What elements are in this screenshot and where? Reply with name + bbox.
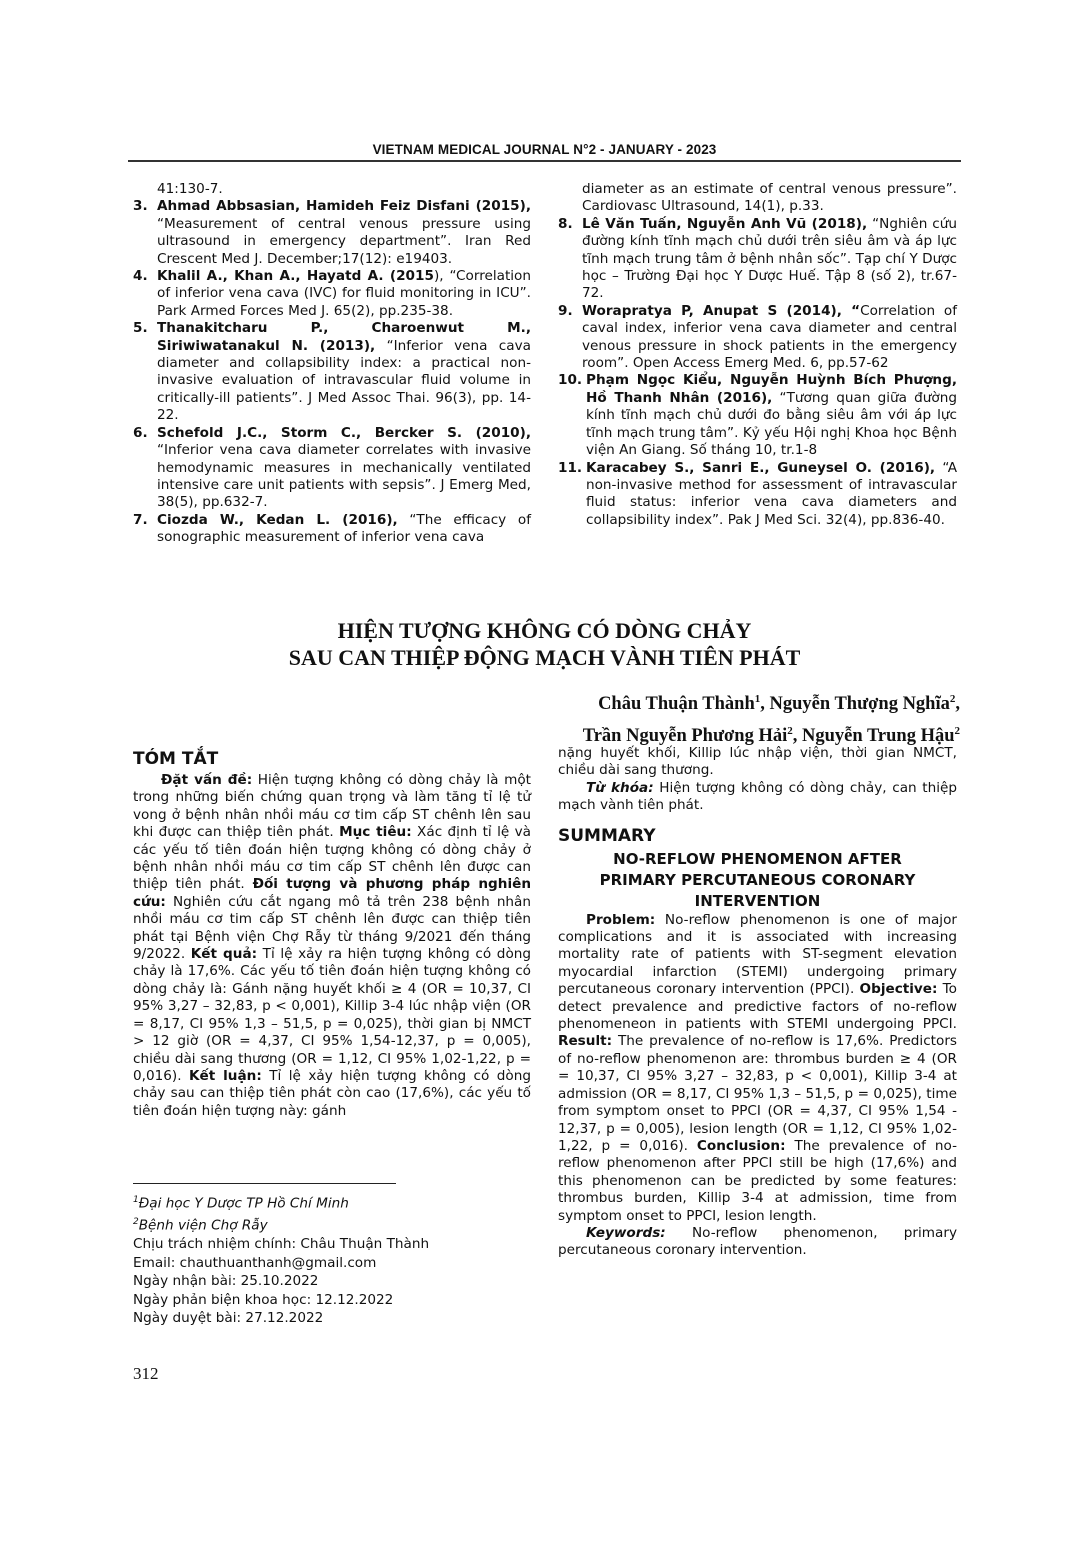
author-name: Châu Thuận Thành <box>598 694 755 714</box>
reference-continuation: diameter as an estimate of central venou… <box>558 181 957 216</box>
date-received: Ngày nhận bài: 25.10.2022 <box>133 1272 429 1291</box>
journal-header: VIETNAM MEDICAL JOURNAL N°2 - JANUARY - … <box>128 142 961 157</box>
abstract-vietnamese: TÓM TẮT Đặt vấn đề: Hiện tượng không có … <box>133 748 531 1120</box>
footnotes: 1Đại học Y Dược TP Hồ Chí Minh 2Bệnh việ… <box>133 1191 429 1328</box>
reference-item: 6.Schefold J.C., Storm C., Bercker S. (2… <box>133 425 531 512</box>
reference-item: 7.Ciozda W., Kedan L. (2016), “The effic… <box>133 512 531 547</box>
reference-continuation: 41:130-7. <box>133 181 531 198</box>
reference-item: 11.Karacabey S., Sanri E., Guneysel O. (… <box>558 460 957 530</box>
author-name: Nguyễn Trung Hậu <box>802 726 955 746</box>
section-heading: SUMMARY <box>558 825 957 847</box>
keywords-en: Keywords: No-reflow phenomenon, primary … <box>558 1225 957 1260</box>
reference-authors: Worapratya P, Anupat S (2014), “ <box>582 303 860 319</box>
references-right: diameter as an estimate of central venou… <box>558 181 957 529</box>
reference-item: 10.Phạm Ngọc Kiểu, Nguyễn Huỳnh Bích Phư… <box>558 372 957 459</box>
abstract-right-column: nặng huyết khối, Killip lúc nhập viện, t… <box>558 745 957 1260</box>
keywords-vi: Từ khóa: Hiện tượng không có dòng chảy, … <box>558 780 957 815</box>
reference-authors: Lê Văn Tuấn, Nguyễn Anh Vũ (2018), <box>582 216 867 232</box>
reference-item: 3.Ahmad Abbsasian, Hamideh Feiz Disfani … <box>133 198 531 268</box>
article-title-line1: HIỆN TƯỢNG KHÔNG CÓ DÒNG CHẢY <box>128 617 961 644</box>
header-rule <box>128 160 961 162</box>
date-accepted: Ngày duyệt bài: 27.12.2022 <box>133 1309 429 1328</box>
reference-authors: Khalil A., Khan A., Hayatd A. (2015 <box>157 268 434 284</box>
section-heading: TÓM TẮT <box>133 748 531 770</box>
abstract-body: Đặt vấn đề: Hiện tượng không có dòng chả… <box>133 772 531 1120</box>
reference-item: 8.Lê Văn Tuấn, Nguyễn Anh Vũ (2018), “Ng… <box>558 216 957 303</box>
summary-title: NO-REFLOW PHENOMENON AFTER PRIMARY PERCU… <box>558 849 957 912</box>
reference-authors: Schefold J.C., Storm C., Bercker S. (201… <box>157 425 531 441</box>
article-title: HIỆN TƯỢNG KHÔNG CÓ DÒNG CHẢY SAU CAN TH… <box>128 617 961 671</box>
email: Email: chauthuanthanh@gmail.com <box>133 1254 429 1273</box>
date-reviewed: Ngày phản biện khoa học: 12.12.2022 <box>133 1291 429 1310</box>
affiliation-1: 1Đại học Y Dược TP Hồ Chí Minh <box>133 1191 429 1213</box>
footnote-rule <box>133 1183 396 1184</box>
reference-authors: Ahmad Abbsasian, Hamideh Feiz Disfani (2… <box>157 198 531 214</box>
reference-item: 5.Thanakitcharu P., Charoenwut M., Siriw… <box>133 320 531 424</box>
author-name: Trần Nguyễn Phương Hải <box>583 726 788 746</box>
author-name: Nguyễn Thượng Nghĩa <box>770 694 950 714</box>
article-title-line2: SAU CAN THIỆP ĐỘNG MẠCH VÀNH TIÊN PHÁT <box>128 644 961 671</box>
reference-item: 4.Khalil A., Khan A., Hayatd A. (2015), … <box>133 268 531 320</box>
page-number: 312 <box>133 1364 159 1384</box>
reference-authors: Karacabey S., Sanri E., Guneysel O. (201… <box>586 460 935 476</box>
summary-body: Problem: No-reflow phenomenon is one of … <box>558 912 957 1225</box>
references-left: 41:130-7. 3.Ahmad Abbsasian, Hamideh Fei… <box>133 181 531 547</box>
reference-authors: Ciozda W., Kedan L. (2016), <box>157 512 398 528</box>
affiliation-2: 2Bệnh viện Chợ Rẫy <box>133 1213 429 1235</box>
reference-item: 9.Worapratya P, Anupat S (2014), “Correl… <box>558 303 957 373</box>
abstract-continuation: nặng huyết khối, Killip lúc nhập viện, t… <box>558 745 957 780</box>
corresponding-author: Chịu trách nhiệm chính: Châu Thuận Thành <box>133 1235 429 1254</box>
author-list: Châu Thuận Thành1, Nguyễn Thượng Nghĩa2,… <box>400 686 960 750</box>
